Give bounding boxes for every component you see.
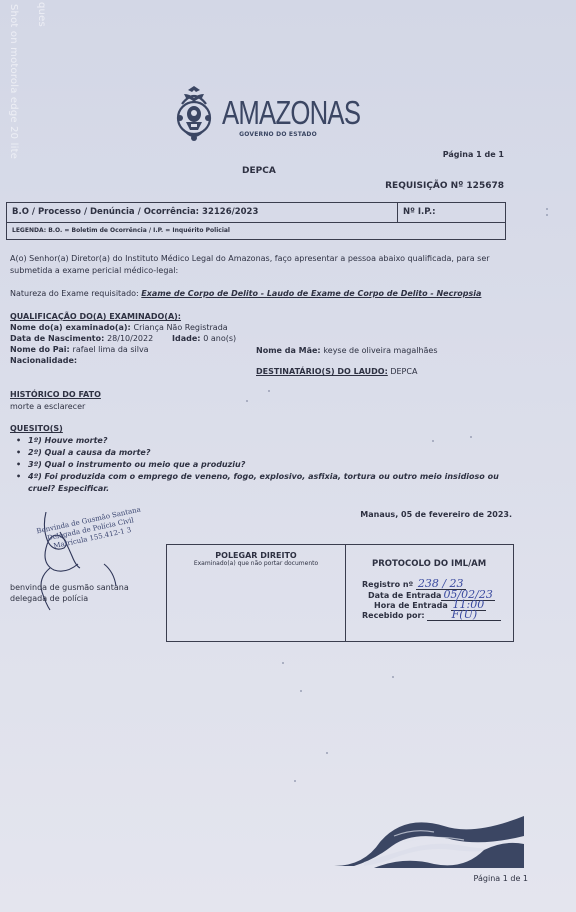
- signer-name: benvinda de gusmão santana: [10, 583, 129, 592]
- received-by-label: Recebido por:: [362, 611, 427, 620]
- amazonas-flag-wave-icon: [334, 806, 526, 872]
- history-heading: HISTÓRICO DO FATO: [10, 390, 101, 399]
- exam-nature-label: Natureza do Exame requisitado:: [10, 289, 141, 298]
- amazonas-logo: AMAZONAS GOVERNO DO ESTADO: [172, 84, 372, 144]
- examinee-name-label: Nome do(a) examinado(a):: [10, 323, 134, 332]
- mother-name-value: keyse de oliveira magalhães: [323, 346, 437, 355]
- question-item: 1º) Houve morte?: [16, 435, 516, 447]
- father-name-label: Nome do Pai:: [10, 345, 73, 354]
- questions-heading: QUESITO(S): [10, 424, 63, 433]
- qualification-heading: QUALIFICAÇÃO DO(A) EXAMINADO(A):: [10, 312, 181, 321]
- examinee-name-value: Criança Não Registrada: [134, 323, 228, 332]
- place-and-date: Manaus, 05 de fevereiro de 2023.: [360, 510, 512, 519]
- thumbprint-title: POLEGAR DIREITO: [167, 551, 345, 560]
- nationality-label: Nacionalidade:: [10, 356, 77, 365]
- iml-protocol-area: PROTOCOLO DO IML/AM Registro nº 238 / 23…: [346, 545, 513, 641]
- received-by-value: F(U): [427, 610, 501, 621]
- nationality: Nacionalidade:: [10, 356, 77, 365]
- exam-nature: Natureza do Exame requisitado: Exame de …: [10, 289, 481, 298]
- age: Idade: 0 ano(s): [172, 334, 236, 343]
- birth-date: Data de Nascimento: 28/10/2022: [10, 334, 153, 343]
- camera-watermark-fragment: ques: [36, 2, 47, 27]
- mother-name-label: Nome da Mãe:: [256, 346, 323, 355]
- exam-nature-value: Exame de Corpo de Delito - Laudo de Exam…: [141, 289, 481, 298]
- report-recipients: DESTINATÁRIO(S) DO LAUDO: DEPCA: [256, 367, 417, 376]
- birth-date-value: 28/10/2022: [107, 334, 153, 343]
- brand-title: AMAZONAS: [222, 95, 339, 131]
- document-page: Shot on motorola edge 20 lite ques: [0, 0, 576, 912]
- thumbprint-subtitle: Examinado(a) que não portar documento: [167, 560, 345, 567]
- report-recipients-label: DESTINATÁRIO(S) DO LAUDO:: [256, 367, 388, 376]
- bo-process-number: B.O / Processo / Denúncia / Ocorrência: …: [7, 203, 397, 222]
- camera-watermark: Shot on motorola edge 20 lite: [8, 4, 19, 159]
- ip-number: Nº I.P.:: [397, 203, 505, 222]
- page-indicator-top: Página 1 de 1: [443, 150, 504, 159]
- brand-subtitle: GOVERNO DO ESTADO: [239, 131, 317, 138]
- entry-date-label: Data de Entrada: [368, 591, 441, 600]
- registration-label: Registro nº: [362, 580, 416, 589]
- question-item: 2º) Qual a causa da morte?: [16, 447, 516, 459]
- entry-time-label: Hora de Entrada: [374, 601, 451, 610]
- age-value: 0 ano(s): [203, 334, 236, 343]
- department-label: DEPCA: [242, 166, 276, 176]
- father-name: Nome do Pai: rafael lima da silva: [10, 345, 149, 354]
- amazonas-coat-of-arms-icon: [172, 84, 216, 144]
- intro-paragraph: A(o) Senhor(a) Diretor(a) do Instituto M…: [10, 253, 510, 277]
- bo-legend: LEGENDA: B.O. = Boletim de Ocorrência / …: [7, 223, 505, 234]
- question-item: 3º) Qual o instrumento ou meio que a pro…: [16, 459, 516, 471]
- thumbprint-protocol-box: POLEGAR DIREITO Examinado(a) que não por…: [166, 544, 514, 642]
- age-label: Idade:: [172, 334, 203, 343]
- questions-list: 1º) Houve morte? 2º) Qual a causa da mor…: [16, 435, 516, 495]
- report-recipients-value: DEPCA: [388, 367, 418, 376]
- bo-reference-box: B.O / Processo / Denúncia / Ocorrência: …: [6, 202, 506, 240]
- received-by-field: Recebido por: F(U): [362, 610, 501, 621]
- examinee-name: Nome do(a) examinado(a): Criança Não Reg…: [10, 323, 228, 332]
- requisition-number: REQUISIÇÃO Nº 125678: [385, 181, 504, 191]
- signer-role: delegada de polícia: [10, 594, 88, 603]
- father-name-value: rafael lima da silva: [73, 345, 149, 354]
- protocol-title: PROTOCOLO DO IML/AM: [372, 559, 513, 569]
- history-value: morte a esclarecer: [10, 402, 85, 411]
- thumbprint-area: POLEGAR DIREITO Examinado(a) que não por…: [167, 545, 346, 641]
- mother-name: Nome da Mãe: keyse de oliveira magalhães: [256, 346, 438, 355]
- birth-date-label: Data de Nascimento:: [10, 334, 107, 343]
- page-indicator-bottom: Página 1 de 1: [474, 874, 528, 883]
- question-item: 4º) Foi produzida com o emprego de venen…: [16, 471, 516, 495]
